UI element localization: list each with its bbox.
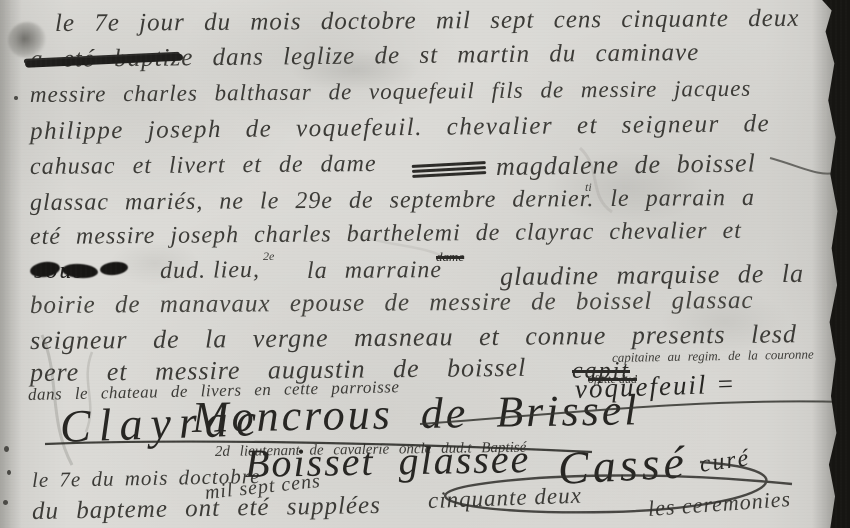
line-2-text: dans leglize de st martin du caminave: [212, 39, 699, 71]
torn-page-right-edge: [816, 0, 850, 528]
scribbled-out-word: [412, 166, 486, 173]
manuscript-line-6: glassac mariés, ne le 29e de septembre d…: [30, 185, 755, 217]
manuscript-line-5-left: cahusac et livert et de dame: [30, 151, 377, 181]
struck-out-text: a eté baptize: [30, 44, 194, 73]
signature-casse-title-cure: curé: [698, 445, 752, 479]
manuscript-line-1: le 7e jour du mois doctobre mil sept cen…: [55, 5, 800, 38]
ink-speck: [4, 446, 9, 452]
manuscript-line-8b: la marraine: [307, 257, 442, 285]
act2-les-ceremonies: les ceremonies: [647, 486, 792, 522]
superscript-note: 2e: [263, 249, 274, 264]
manuscript-line-5-right: magdalene de boissel: [496, 148, 756, 182]
manuscript-line-4: philippe joseph de voquefeuil. chevalier…: [30, 110, 770, 146]
manuscript-line-8a: dud. lieu,: [160, 257, 260, 285]
signature-boisset-glassee: Boisset glassee: [245, 435, 531, 487]
manuscript-line-9: boirie de manavaux epouse de messire de …: [30, 287, 754, 320]
manuscript-line-3: messire charles balthasar de voquefeuil …: [30, 76, 752, 108]
manuscript-page: le 7e jour du mois doctobre mil sept cen…: [0, 0, 850, 528]
ink-speck: [3, 500, 8, 505]
act2-cinquante-deux: cinquante deux: [428, 483, 583, 514]
struck-superscript-dame: dame: [436, 249, 464, 265]
interline-note-regiment: capitaine au regim. de la couronne: [612, 346, 814, 366]
manuscript-line-7: eté messire joseph charles barthelemi de…: [30, 218, 742, 251]
act2-bottom-line: du bapteme ont eté supplées: [32, 492, 381, 526]
manuscript-line-2: a eté baptize dans leglize de st martin …: [30, 39, 700, 74]
ink-speck: [14, 96, 18, 100]
ink-speck: [7, 470, 11, 475]
superscript-note: ti: [585, 180, 592, 195]
signature-moncrous-de-brissel: Moncrous de Brissel: [192, 384, 640, 443]
ink-blot: [99, 261, 128, 277]
